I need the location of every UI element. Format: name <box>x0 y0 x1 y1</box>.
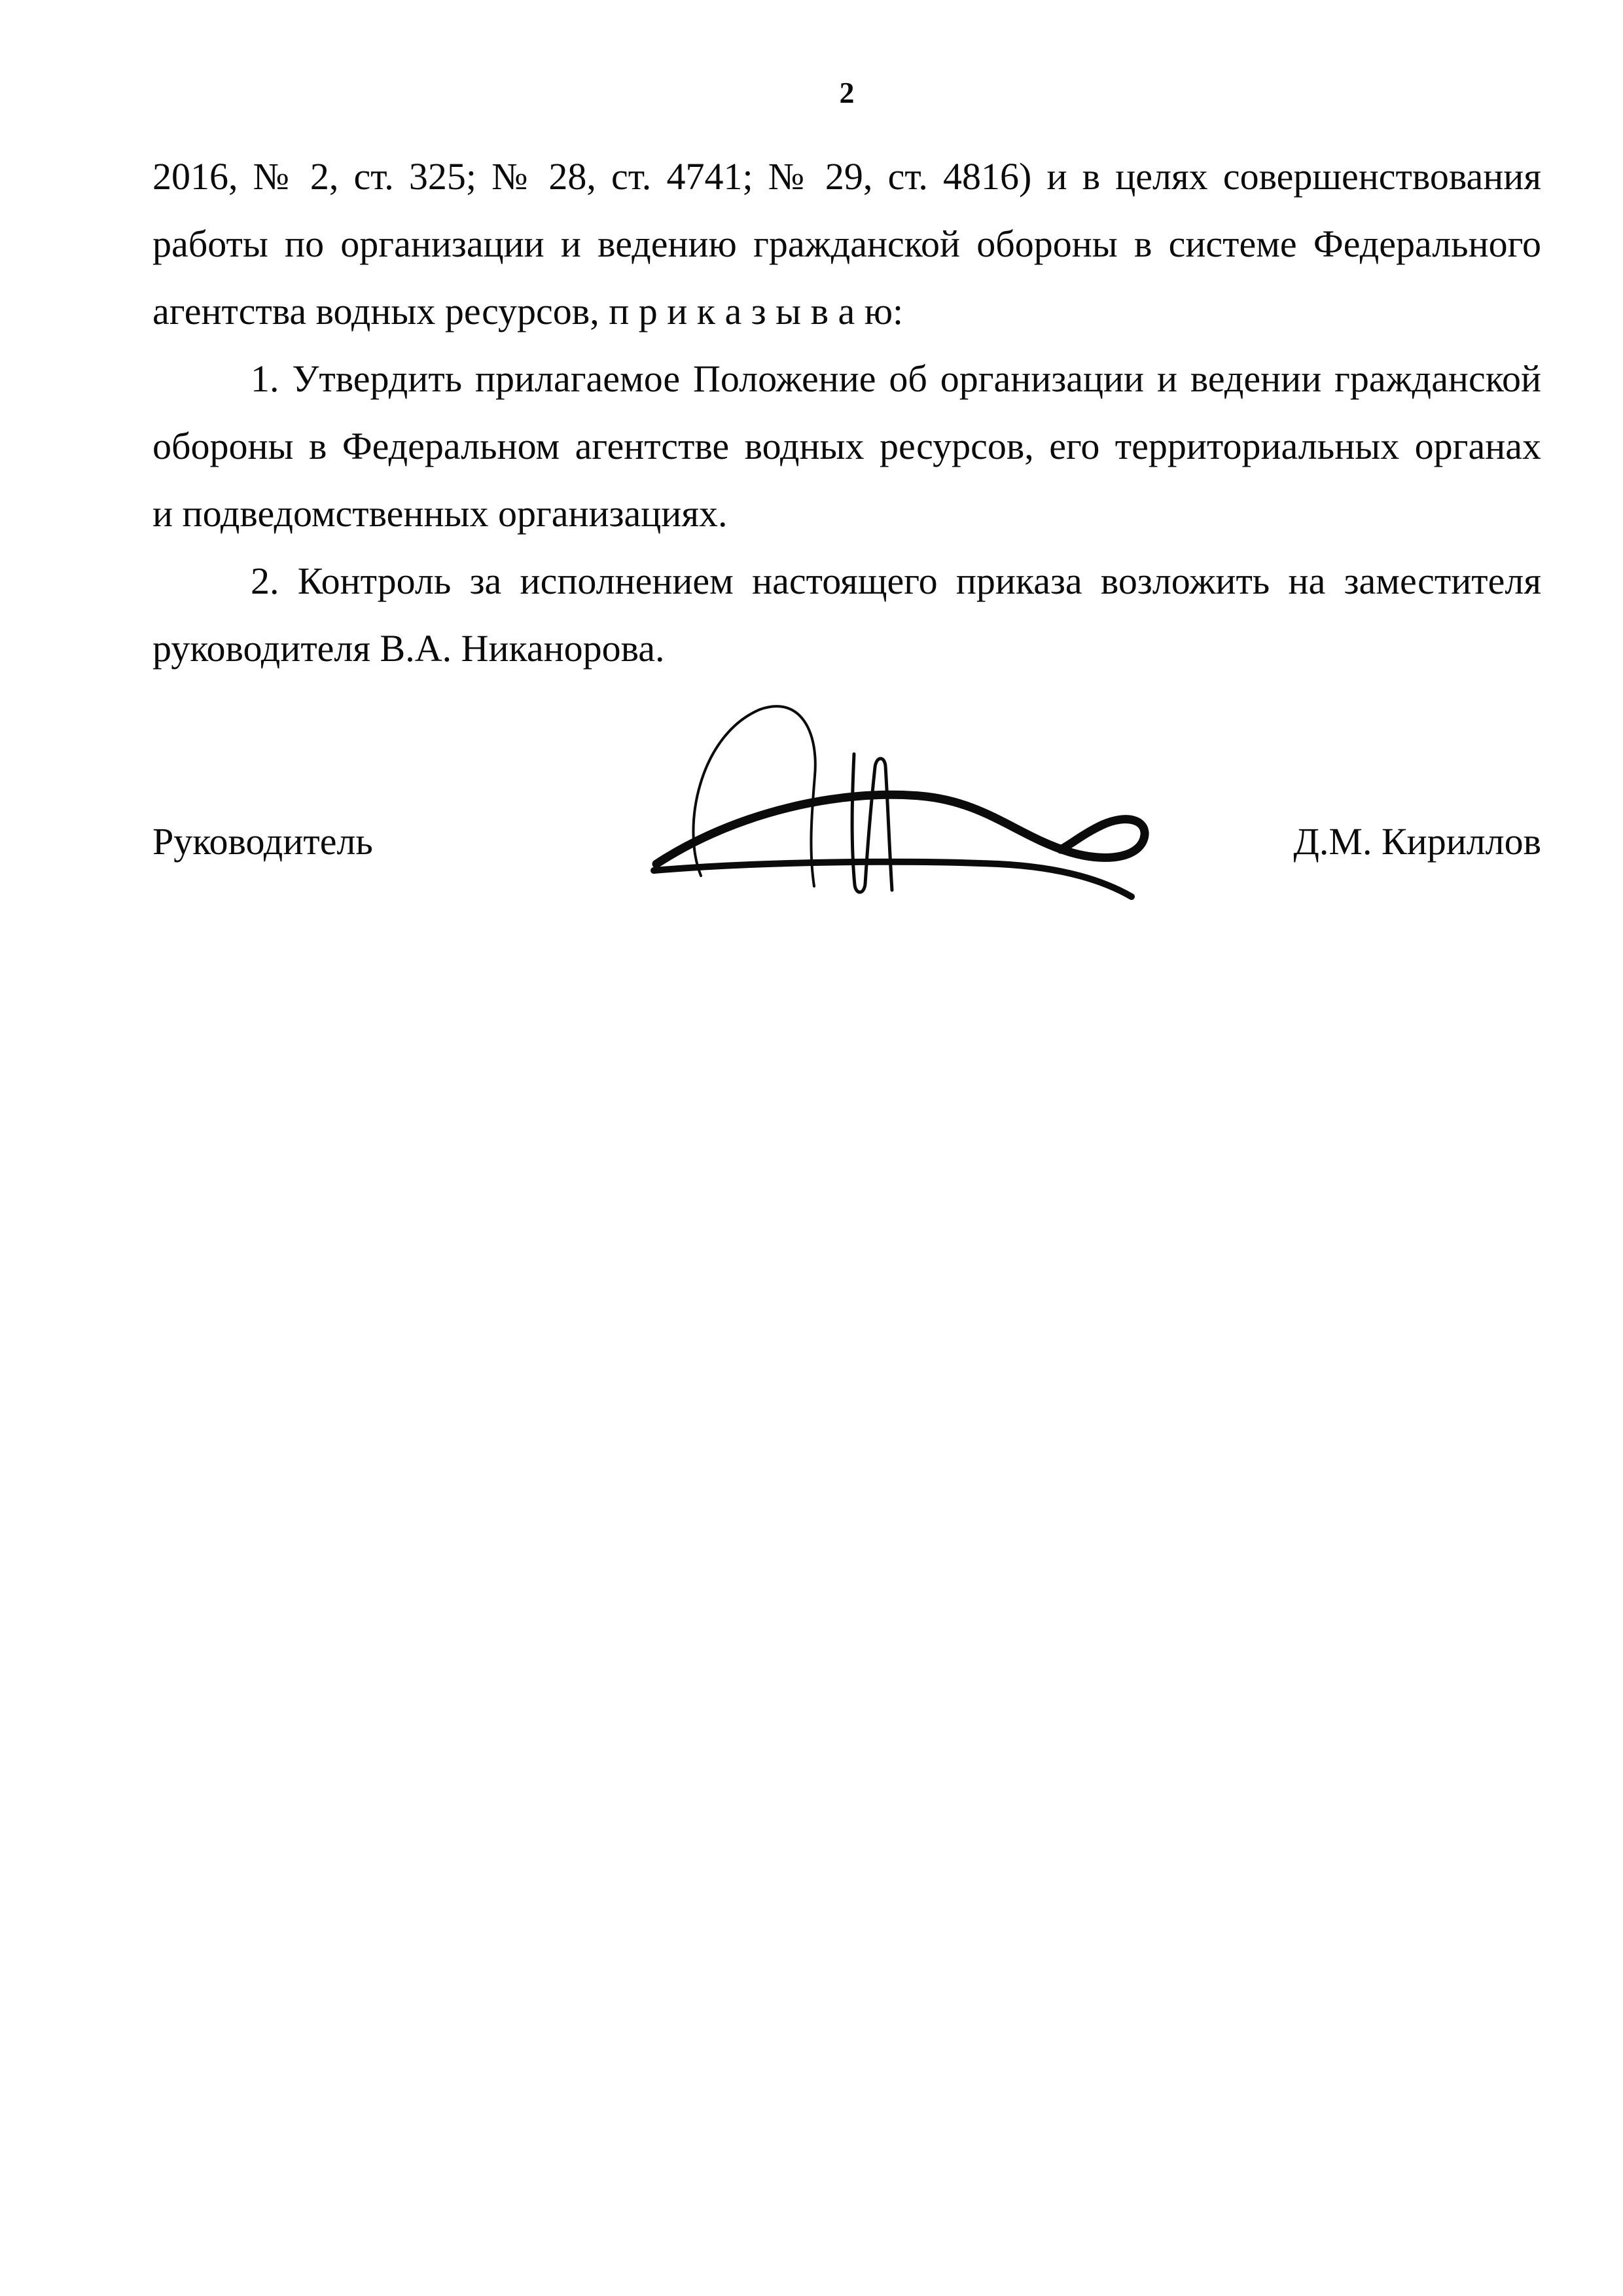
signatory-title: Руководитель <box>152 808 373 875</box>
intro-paragraph-line-3: агентства водных ресурсов, п р и к а з ы… <box>152 278 1541 345</box>
page-number: 2 <box>152 77 1541 109</box>
item-1-line-2: обороны в Федеральном агентстве водных р… <box>152 412 1541 480</box>
item-2-line-2: руководителя В.А. Никанорова. <box>152 615 1541 682</box>
item-1-line-3: и подведомственных организациях. <box>152 480 1541 547</box>
document-page: 2 2016, № 2, ст. 325; № 28, ст. 4741; № … <box>0 0 1623 2296</box>
handwritten-signature-icon <box>645 699 1165 905</box>
signatory-name: Д.М. Кириллов <box>1293 808 1541 875</box>
document-body: 2016, № 2, ст. 325; № 28, ст. 4741; № 29… <box>152 143 1541 682</box>
intro-paragraph-line-2: работы по организации и ведению гражданс… <box>152 210 1541 278</box>
item-2-line-1: 2. Контроль за исполнением настоящего пр… <box>152 547 1541 615</box>
intro-paragraph-line-1: 2016, № 2, ст. 325; № 28, ст. 4741; № 29… <box>152 143 1541 210</box>
item-1-line-1: 1. Утвердить прилагаемое Положение об ор… <box>152 345 1541 412</box>
